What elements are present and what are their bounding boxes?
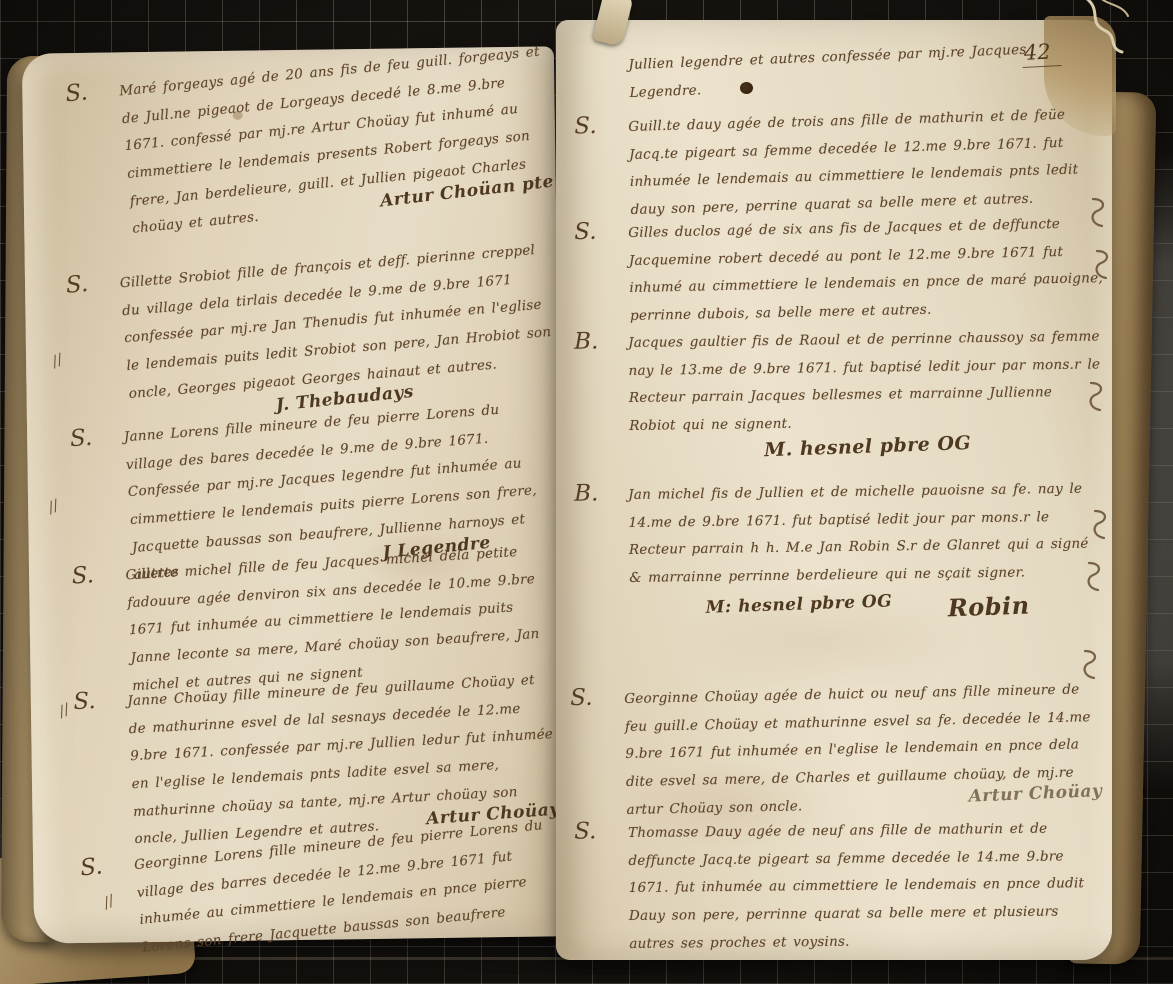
register-entry: S. Maré forgeays agé de 20 ans fis de fe… bbox=[118, 38, 559, 236]
entry-type-letter: S. bbox=[574, 818, 597, 844]
entry-type-letter: S. bbox=[65, 271, 89, 299]
entry-type-letter: S. bbox=[574, 113, 597, 140]
entry-text: Jullien legendre et autres confessée par… bbox=[628, 34, 1100, 107]
entry-text: Gilles duclos agé de six ans fis de Jacq… bbox=[628, 210, 1108, 331]
register-entry: B. Jacques gaultier fis de Raoul et de p… bbox=[628, 323, 1106, 460]
left-page: // // // // S. Maré forgeays agé de 20 a… bbox=[22, 46, 566, 943]
margin-flourish-icon bbox=[1080, 648, 1102, 682]
entry-text: Thomasse Dauy agée de neuf ans fille de … bbox=[628, 815, 1103, 958]
margin-ditto-mark: // bbox=[56, 700, 73, 721]
entry-type-letter: S. bbox=[73, 688, 97, 715]
entry-type-letter: B. bbox=[574, 328, 599, 354]
entry-type-letter: S. bbox=[69, 425, 93, 453]
entry-type-letter: S. bbox=[64, 79, 89, 107]
margin-ditto-mark: // bbox=[100, 891, 117, 912]
register-entry: S. Guill.te dauy agée de trois ans fille… bbox=[628, 101, 1109, 225]
register-entry: S. Gilles duclos agé de six ans fis de J… bbox=[628, 210, 1108, 331]
loose-thread bbox=[1078, 0, 1148, 56]
entry-type-letter: S. bbox=[570, 685, 593, 711]
margin-flourish-icon bbox=[1090, 508, 1112, 542]
register-entry-continuation: Jullien legendre et autres confessée par… bbox=[628, 34, 1100, 107]
godfather-signature: Robin bbox=[948, 590, 1031, 622]
entry-text: Jan michel fis de Jullien et de michelle… bbox=[628, 475, 1105, 592]
margin-flourish-icon bbox=[1092, 248, 1114, 282]
margin-ditto-mark: // bbox=[49, 350, 66, 371]
entry-type-letter: S. bbox=[71, 562, 95, 589]
entry-text: Jacques gaultier fis de Raoul et de perr… bbox=[628, 323, 1105, 440]
entry-type-letter: S. bbox=[574, 219, 597, 245]
register-entry: B. Jan michel fis de Jullien et de miche… bbox=[628, 475, 1106, 625]
signature-row: M: hesnel pbre OG Robin bbox=[630, 590, 1106, 626]
entry-type-letter: B. bbox=[574, 480, 599, 506]
margin-flourish-icon bbox=[1084, 560, 1106, 594]
priest-signature: M: hesnel pbre OG bbox=[705, 591, 893, 626]
entry-text: Guill.te dauy agée de trois ans fille de… bbox=[628, 101, 1109, 225]
margin-flourish-icon bbox=[1086, 380, 1108, 414]
margin-ditto-mark: // bbox=[45, 496, 62, 517]
manuscript-photo: // // // // S. Maré forgeays agé de 20 a… bbox=[0, 0, 1173, 984]
register-entry: S. Georginne Choüay agée de huict ou neu… bbox=[624, 676, 1107, 816]
right-page: 42 Jullien legendre et autres confessée … bbox=[556, 20, 1112, 960]
entry-type-letter: S. bbox=[79, 853, 104, 881]
margin-flourish-icon bbox=[1088, 196, 1110, 230]
register-entry: S. Thomasse Dauy agée de neuf ans fille … bbox=[628, 815, 1103, 958]
